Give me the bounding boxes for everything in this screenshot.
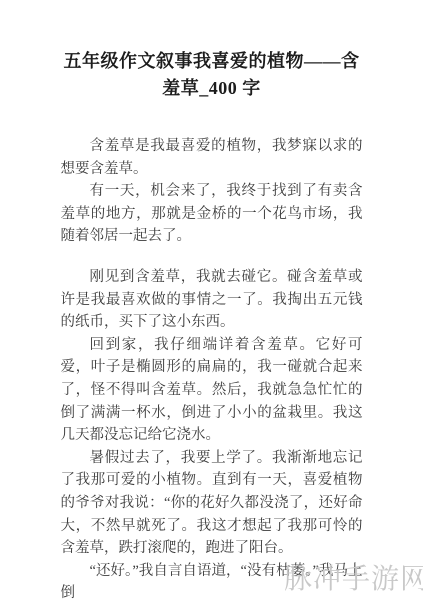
article-paragraph: 暑假过去了，我要上学了。我渐渐地忘记了我那可爱的小植物。直到有一天，喜爱植物的爷… [61,447,363,560]
document-page: 五年级作文叙事我喜爱的植物——含羞草_400 字 含羞草是我最喜爱的植物，我梦寐… [0,0,423,600]
article-paragraph: 含羞草是我最喜爱的植物，我梦寐以求的想要含羞草。 [61,135,363,180]
article-paragraph: 回到家，我仔细端详着含羞草。它好可爱，叶子是椭圆形的扁扁的，我一碰就合起来了，怪… [61,334,363,447]
article-paragraph: 有一天，机会来了，我终于找到了有卖含羞草的地方，那就是金桥的一个花鸟市场，我随着… [61,180,363,248]
page-title: 五年级作文叙事我喜爱的植物——含羞草_400 字 [61,48,363,102]
site-watermark: 脉冲手游网 [284,563,423,595]
article-paragraph: 刚见到含羞草，我就去碰它。碰含羞草或许是我最喜欢做的事情之一了。我掏出五元钱的纸… [61,266,363,334]
article-body: 含羞草是我最喜爱的植物，我梦寐以求的想要含羞草。 有一天，机会来了，我终于找到了… [61,135,363,600]
